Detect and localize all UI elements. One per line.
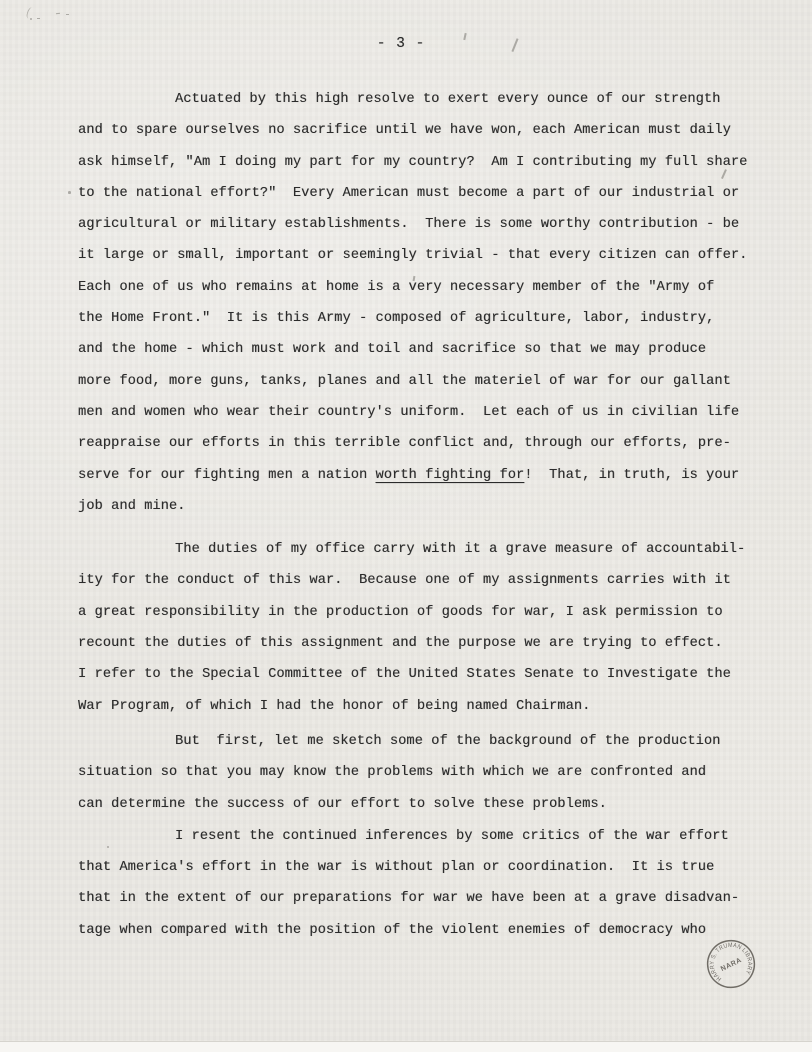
paragraph-2: The duties of my office carry with it a … <box>78 534 758 722</box>
paragraph-3: But first, let me sketch some of the bac… <box>78 726 758 820</box>
text-line: I resent the continued inferences by som… <box>78 821 758 852</box>
page-number: - 3 - <box>0 36 802 52</box>
text-line: But first, let me sketch some of the bac… <box>78 726 758 757</box>
text-segment: serve for our fighting men a nation <box>78 468 376 483</box>
text-line: can determine the success of our effort … <box>78 789 758 820</box>
paragraph-4: I resent the continued inferences by som… <box>78 821 758 946</box>
text-line: I refer to the Special Committee of the … <box>78 659 758 690</box>
text-line: Actuated by this high resolve to exert e… <box>78 84 758 115</box>
text-segment: ! That, in truth, is your <box>524 468 739 483</box>
text-line: the Home Front." It is this Army - compo… <box>78 303 758 334</box>
pencil-mark <box>37 18 40 19</box>
pencil-mark <box>56 13 60 15</box>
text-line: agricultural or military establishments.… <box>78 209 758 240</box>
text-line: Each one of us who remains at home is a … <box>78 272 758 303</box>
text-line: that in the extent of our preparations f… <box>78 883 758 914</box>
page-bottom-edge <box>0 1041 812 1052</box>
truman-library-stamp: HARRY S. TRUMAN LIBRARY NARA <box>699 932 763 996</box>
text-line: men and women who wear their country's u… <box>78 397 758 428</box>
text-line: The duties of my office carry with it a … <box>78 534 758 565</box>
pencil-mark <box>68 191 71 194</box>
text-line: a great responsibility in the production… <box>78 597 758 628</box>
pencil-mark <box>66 14 69 15</box>
pencil-mark <box>26 6 36 19</box>
text-line: that America's effort in the war is with… <box>78 852 758 883</box>
text-line: reappraise our efforts in this terrible … <box>78 428 758 459</box>
text-line: recount the duties of this assignment an… <box>78 628 758 659</box>
text-line: and the home - which must work and toil … <box>78 334 758 365</box>
text-line: ask himself, "Am I doing my part for my … <box>78 147 758 178</box>
stamp-center-text: NARA <box>720 957 743 973</box>
text-line: to the national effort?" Every American … <box>78 178 758 209</box>
text-line: War Program, of which I had the honor of… <box>78 691 758 722</box>
text-line: job and mine. <box>78 491 758 522</box>
pencil-mark <box>30 18 32 20</box>
text-line: and to spare ourselves no sacrifice unti… <box>78 115 758 146</box>
underlined-phrase: worth fighting for <box>376 468 525 483</box>
document-page: - 3 - Actuated by this high resolve to e… <box>0 0 812 1052</box>
text-line: it large or small, important or seemingl… <box>78 240 758 271</box>
text-line-with-underline: serve for our fighting men a nation wort… <box>78 460 758 491</box>
paragraph-1: Actuated by this high resolve to exert e… <box>78 84 758 522</box>
text-line: situation so that you may know the probl… <box>78 757 758 788</box>
typed-text-block: Actuated by this high resolve to exert e… <box>78 84 758 946</box>
text-line: ity for the conduct of this war. Because… <box>78 565 758 596</box>
text-line: more food, more guns, tanks, planes and … <box>78 366 758 397</box>
text-line: tage when compared with the position of … <box>78 915 758 946</box>
